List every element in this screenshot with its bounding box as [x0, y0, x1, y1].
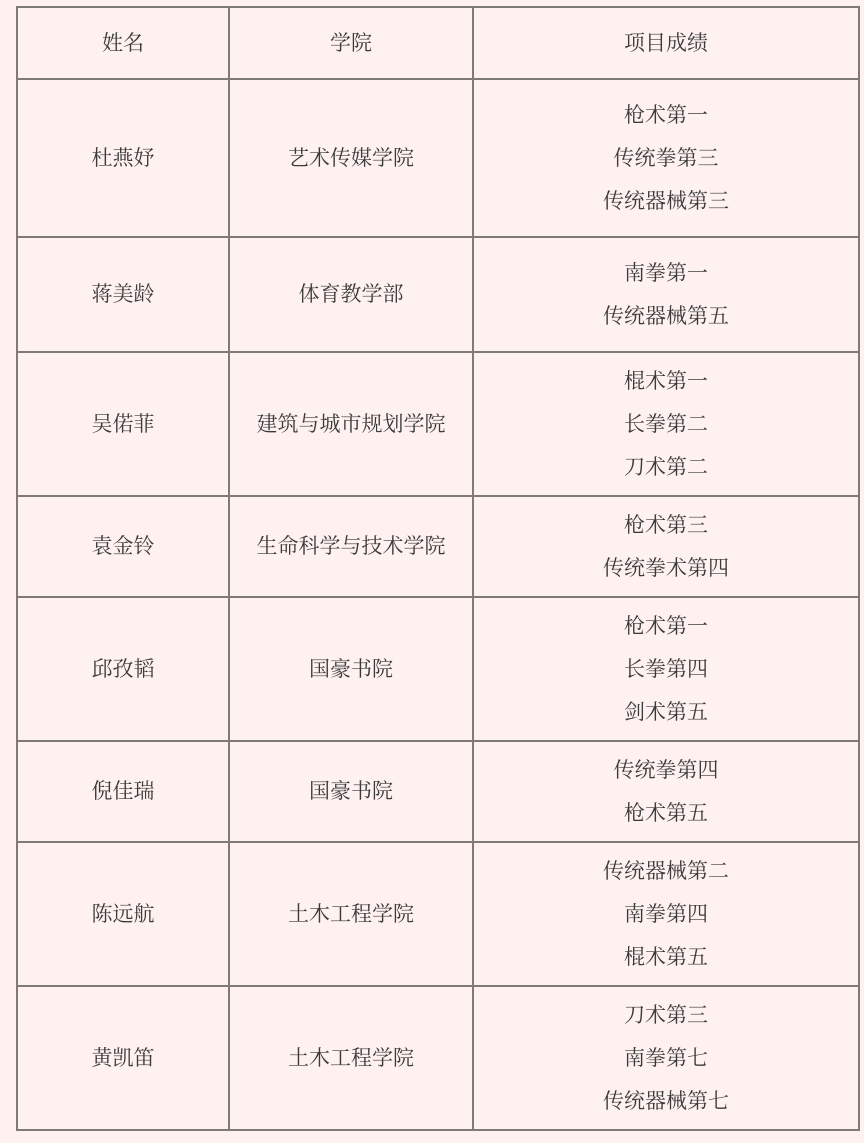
header-college: 学院: [229, 7, 473, 79]
result-item: 长拳第四: [474, 648, 858, 691]
result-item: 刀术第二: [474, 446, 858, 489]
result-item: 枪术第一: [474, 605, 858, 648]
cell-college: 生命科学与技术学院: [229, 496, 473, 597]
cell-results: 枪术第一 传统拳第三 传统器械第三: [473, 79, 859, 237]
cell-results: 棍术第一 长拳第二 刀术第二: [473, 352, 859, 496]
cell-college: 建筑与城市规划学院: [229, 352, 473, 496]
table-row: 邱孜韬 国豪书院 枪术第一 长拳第四 剑术第五: [17, 597, 859, 741]
result-item: 传统器械第五: [474, 295, 858, 338]
table-row: 吴偌菲 建筑与城市规划学院 棍术第一 长拳第二 刀术第二: [17, 352, 859, 496]
cell-college: 土木工程学院: [229, 842, 473, 986]
result-item: 棍术第五: [474, 936, 858, 979]
cell-name: 邱孜韬: [17, 597, 229, 741]
table-row: 袁金铃 生命科学与技术学院 枪术第三 传统拳术第四: [17, 496, 859, 597]
cell-name: 蒋美龄: [17, 237, 229, 352]
cell-college: 国豪书院: [229, 597, 473, 741]
header-row: 姓名 学院 项目成绩: [17, 7, 859, 79]
result-item: 南拳第一: [474, 252, 858, 295]
table-row: 蒋美龄 体育教学部 南拳第一 传统器械第五: [17, 237, 859, 352]
result-item: 传统器械第七: [474, 1080, 858, 1123]
result-item: 南拳第七: [474, 1037, 858, 1080]
cell-results: 传统拳第四 枪术第五: [473, 741, 859, 842]
cell-results: 枪术第三 传统拳术第四: [473, 496, 859, 597]
result-item: 传统器械第二: [474, 850, 858, 893]
result-item: 传统拳第四: [474, 749, 858, 792]
results-table: 姓名 学院 项目成绩 杜燕妤 艺术传媒学院 枪术第一 传统拳第三 传统器械第三 …: [16, 6, 860, 1131]
cell-college: 国豪书院: [229, 741, 473, 842]
results-table-container: 姓名 学院 项目成绩 杜燕妤 艺术传媒学院 枪术第一 传统拳第三 传统器械第三 …: [16, 6, 860, 1131]
cell-results: 刀术第三 南拳第七 传统器械第七: [473, 986, 859, 1130]
cell-name: 杜燕妤: [17, 79, 229, 237]
result-item: 南拳第四: [474, 893, 858, 936]
cell-college: 土木工程学院: [229, 986, 473, 1130]
result-item: 枪术第一: [474, 94, 858, 137]
table-row: 陈远航 土木工程学院 传统器械第二 南拳第四 棍术第五: [17, 842, 859, 986]
header-results: 项目成绩: [473, 7, 859, 79]
result-item: 长拳第二: [474, 403, 858, 446]
table-row: 倪佳瑞 国豪书院 传统拳第四 枪术第五: [17, 741, 859, 842]
cell-name: 袁金铃: [17, 496, 229, 597]
header-name: 姓名: [17, 7, 229, 79]
cell-results: 传统器械第二 南拳第四 棍术第五: [473, 842, 859, 986]
cell-name: 陈远航: [17, 842, 229, 986]
cell-college: 艺术传媒学院: [229, 79, 473, 237]
result-item: 枪术第三: [474, 504, 858, 547]
table-row: 黄凯笛 土木工程学院 刀术第三 南拳第七 传统器械第七: [17, 986, 859, 1130]
cell-name: 倪佳瑞: [17, 741, 229, 842]
result-item: 传统器械第三: [474, 180, 858, 223]
cell-results: 南拳第一 传统器械第五: [473, 237, 859, 352]
cell-name: 黄凯笛: [17, 986, 229, 1130]
result-item: 传统拳术第四: [474, 547, 858, 590]
result-item: 传统拳第三: [474, 137, 858, 180]
cell-name: 吴偌菲: [17, 352, 229, 496]
table-row: 杜燕妤 艺术传媒学院 枪术第一 传统拳第三 传统器械第三: [17, 79, 859, 237]
cell-college: 体育教学部: [229, 237, 473, 352]
result-item: 棍术第一: [474, 360, 858, 403]
result-item: 枪术第五: [474, 792, 858, 835]
cell-results: 枪术第一 长拳第四 剑术第五: [473, 597, 859, 741]
result-item: 刀术第三: [474, 994, 858, 1037]
result-item: 剑术第五: [474, 691, 858, 734]
